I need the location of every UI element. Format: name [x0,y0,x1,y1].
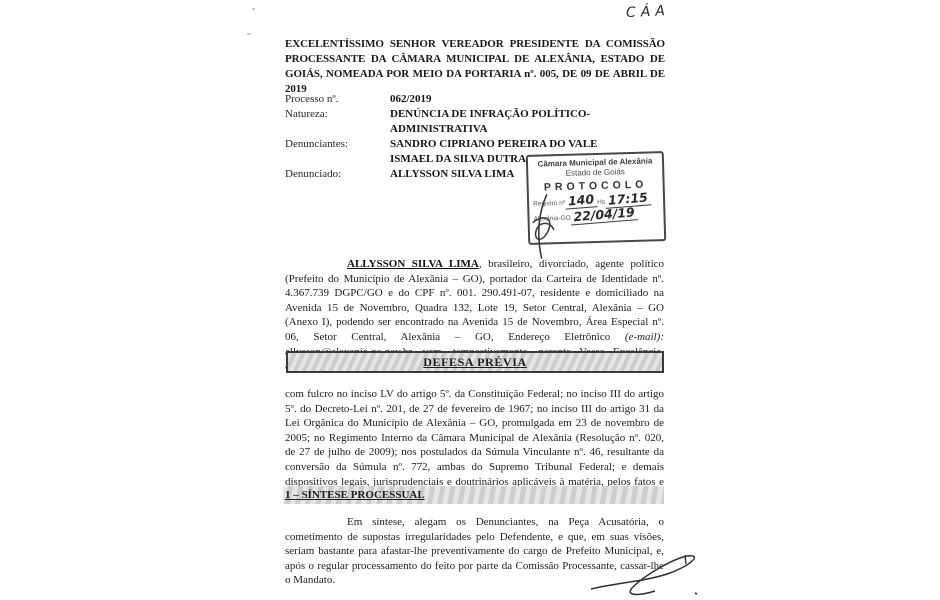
process-number-label: Processo nº. [285,92,390,107]
defesa-previa-heading: DEFESA PRÉVIA [286,351,664,373]
empty-label [285,152,390,167]
signature-scribble [588,551,708,600]
email-tag: (e-mail): [625,331,664,343]
complainant-1-value: SANDRO CIPRIANO PEREIRA DO VALE [390,137,665,152]
process-number-value: 062/2019 [390,92,665,107]
defendant-name: ALLYSSON SILVA LIMA [347,258,479,270]
sintese-processual-heading: 1 – SÍNTESE PROCESSUAL [283,486,664,504]
document-page: CÁA EXCELENTÍSSIMO SENHOR VEREADOR PRESI… [0,0,940,600]
scan-speck [247,33,251,35]
complainants-label: Denunciantes: [285,137,390,152]
addressee-header: EXCELENTÍSSIMO SENHOR VEREADOR PRESIDENT… [285,37,665,97]
stamp-signature-scribble [523,192,567,263]
qualification-text-a: , brasileiro, divorciado, agente polític… [285,258,664,343]
nature-label: Natureza: [285,107,390,137]
defendant-label: Denunciado: [285,167,390,182]
sintese-processual-title: 1 – SÍNTESE PROCESSUAL [283,489,425,501]
process-row: Denunciantes: SANDRO CIPRIANO PEREIRA DO… [285,137,665,152]
process-row: Processo nº. 062/2019 [285,92,665,107]
handwritten-annotation: CÁA [626,3,671,21]
scan-speck [252,8,256,11]
date-handwritten-value: 22/04/19 [570,206,638,225]
protocol-stamp: Câmara Municipal de Alexânia Estado de G… [526,151,666,245]
process-row: Natureza: DENÚNCIA DE INFRAÇÃO POLÍTICO-… [285,107,665,137]
defesa-previa-title: DEFESA PRÉVIA [423,355,526,370]
nature-value: DENÚNCIA DE INFRAÇÃO POLÍTICO-ADMINISTRA… [390,107,665,137]
